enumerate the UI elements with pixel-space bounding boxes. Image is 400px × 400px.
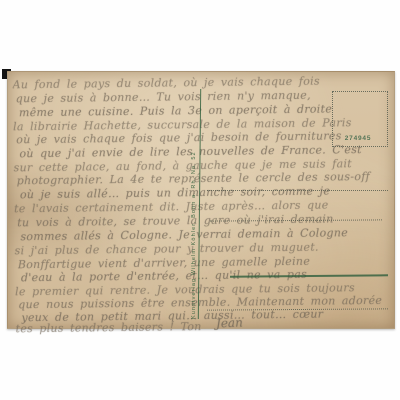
scan-background: Au fond le pays du soldat, où je vais ch… [0,0,400,400]
publisher-imprint: Kunstverlag Wilhelm Köhler, Bonn a. Rh. … [191,89,200,319]
stamp-box: 274945 [332,91,388,147]
signature: Jean [216,316,243,331]
postcard-back: Au fond le pays du soldat, où je vais ch… [7,71,395,329]
address-line-1 [207,190,388,191]
stamp-box-number: 274945 [333,135,383,142]
